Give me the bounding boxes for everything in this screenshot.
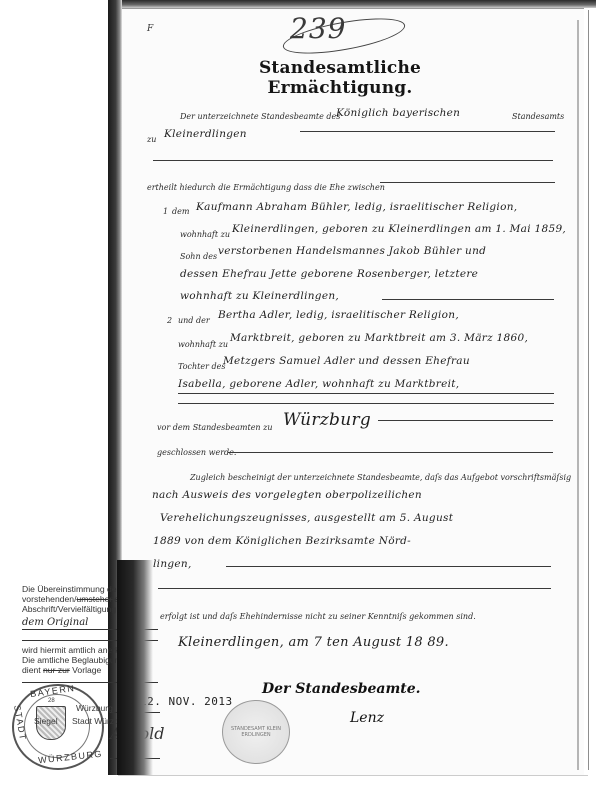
form-letter: F: [147, 24, 153, 34]
place-date-hand: Kleinerdlingen, am 7 ten August 18 89.: [178, 635, 449, 650]
geschlossen-label: geschlossen werde.: [157, 448, 236, 457]
fill-line: [178, 403, 554, 404]
erfolgt-text: erfolgt ist und daſs Ehehindernisse nich…: [160, 612, 476, 621]
cert-line-3: Abschrift/Vervielfältigung mit: [22, 604, 130, 614]
party2-line1: Bertha Adler, ledig, israelitischer Reli…: [218, 309, 459, 321]
fill-line: [178, 393, 554, 394]
intro-printed-2: Standesamts: [512, 112, 564, 121]
page-edge-rule: [588, 10, 589, 770]
party2-wohnhaft-label: wohnhaft zu: [178, 340, 228, 349]
fill-line: [380, 182, 555, 183]
page-margin-rule: [577, 20, 579, 770]
party1-dem-label: dem: [172, 207, 189, 216]
aufgebot-line-4: lingen,: [153, 558, 192, 570]
vor-dem-hand-place: Würzburg: [283, 410, 371, 430]
zu-label: zu: [147, 135, 156, 144]
aufgebot-line-3: 1889 von dem Königlichen Bezirksamte Nör…: [153, 535, 411, 547]
cert-line-5: Die amtliche Beglaubigung: [22, 655, 124, 665]
party1-line5: wohnhaft zu Kleinerdlingen,: [180, 290, 339, 302]
zu-hand-place: Kleinerdlingen: [164, 128, 247, 140]
office-seal-stamp: STANDESAMT KLEIN ERDLINGEN: [222, 700, 290, 764]
party2-line3: Metzgers Samuel Adler und dessen Ehefrau: [223, 355, 470, 367]
party2-number: 2: [167, 316, 172, 325]
vor-dem-label: vor dem Standesbeamten zu: [157, 423, 273, 432]
document-title: Standesamtliche Ermächtigung.: [210, 58, 470, 98]
party1-number: 1: [163, 207, 168, 216]
party2-line2: Marktbreit, geboren zu Marktbreit am 3. …: [230, 332, 528, 344]
cert-handwritten-original: dem Original: [22, 617, 88, 628]
fill-line: [378, 420, 553, 421]
scan-edge-top: [108, 0, 596, 8]
party2-und-label: und der: [178, 316, 210, 325]
cert-line-6-struck: nur zur: [43, 665, 70, 675]
cert-line-1: Die Übereinstimmung der: [22, 584, 119, 594]
seal-label-city: Würzburg: [76, 703, 113, 713]
scan-bottom-edge: [118, 775, 588, 776]
record-number: 239: [290, 12, 410, 52]
registrar-signature: Lenz: [350, 710, 384, 726]
cert-date-stamp: 12. NOV. 2013: [140, 695, 233, 708]
party2-tochter-label: Tochter des: [178, 362, 225, 371]
scan-shadow: [117, 560, 153, 775]
party1-wohnhaft-label: wohnhaft zu: [180, 230, 230, 239]
fill-line: [300, 131, 555, 132]
party1-line4: dessen Ehefrau Jette geborene Rosenberge…: [180, 268, 478, 280]
cert-line-2-normal: vorstehenden/: [22, 594, 76, 604]
fill-line: [382, 299, 554, 300]
fill-line: [153, 160, 553, 161]
office-seal-text: STANDESAMT KLEIN ERDLINGEN: [223, 726, 289, 738]
seal-label-siegel: Siegel: [34, 716, 58, 726]
cert-line-6: dient nur zur Vorlage: [22, 665, 101, 675]
party1-line2: Kleinerdlingen, geboren zu Kleinerdlinge…: [232, 223, 566, 235]
cert-line-6-suffix: Vorlage: [70, 665, 102, 675]
fill-line: [226, 566, 551, 567]
party1-line3: verstorbenen Handelsmannes Jakob Bühler …: [218, 245, 486, 257]
ermaechtigung-text: ertheilt hiedurch die Ermächtigung dass …: [147, 183, 385, 192]
aufgebot-line-1: nach Ausweis des vorgelegten oberpolizei…: [152, 489, 422, 501]
aufgebot-line-2: Verehelichungszeugnisses, ausgestellt am…: [160, 512, 453, 524]
fill-line: [158, 588, 551, 589]
document-page: [122, 8, 584, 776]
party2-line4: Isabella, geborene Adler, wohnhaft zu Ma…: [178, 378, 459, 390]
party1-line1: Kaufmann Abraham Bühler, ledig, israelit…: [196, 201, 517, 213]
cert-line-2: vorstehenden/umstehenden: [22, 594, 129, 604]
cert-line-6-prefix: dient: [22, 665, 43, 675]
intro-printed-1: Der unterzeichnete Standesbeamte des: [180, 112, 340, 121]
intro-hand-office: Königlich bayerischen: [336, 107, 460, 119]
closing-title: Der Standesbeamte.: [262, 681, 421, 697]
zugleich-text: Zugleich bescheinigt der unterzeichnete …: [190, 473, 571, 482]
fill-line: [228, 452, 553, 453]
party1-sohn-label: Sohn des: [180, 252, 217, 261]
seal-number: 28: [48, 698, 55, 704]
